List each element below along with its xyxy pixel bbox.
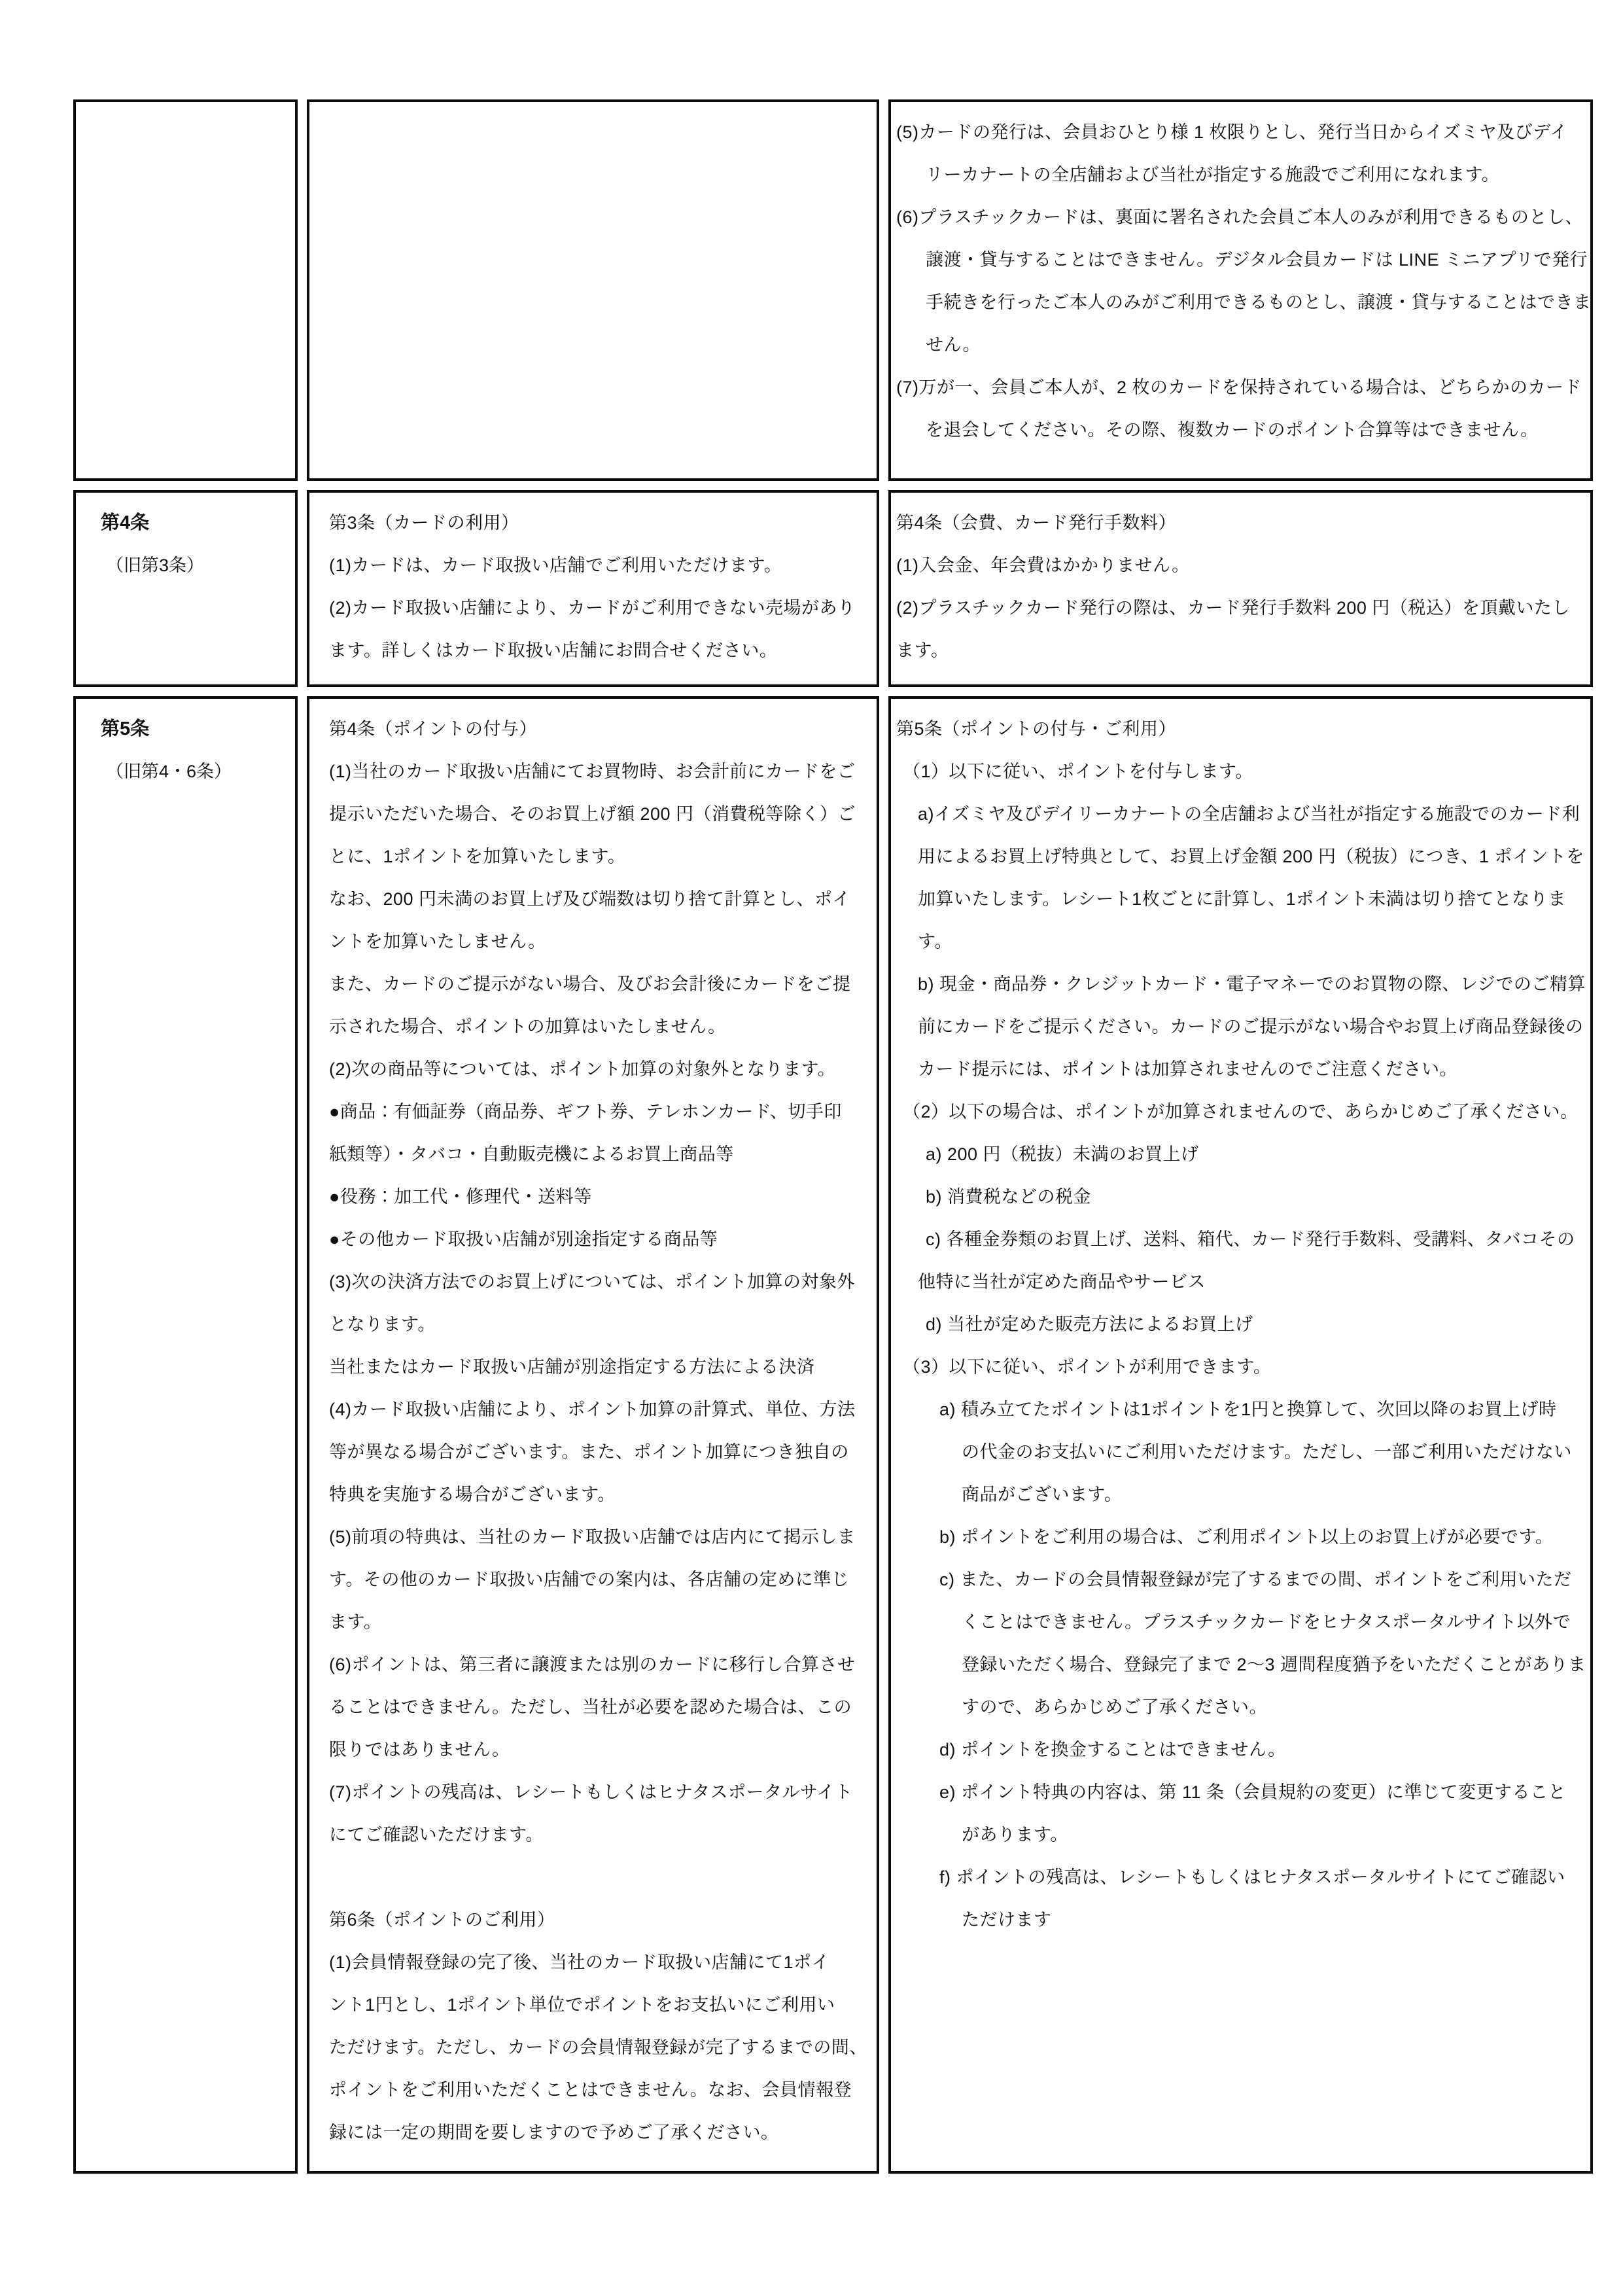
text-line: d) ポイントを換金することはできません。 bbox=[896, 1729, 1584, 1771]
text-line: （3）以下に従い、ポイントが利用できます。 bbox=[896, 1346, 1584, 1388]
text-line: (6)ポイントは、第三者に譲渡または別のカードに移行し合算させ bbox=[329, 1644, 867, 1686]
cell-row2-new-text: 第4条（会費、カード発行手数料）(1)入会金、年会費はかかりません。(2)プラス… bbox=[888, 490, 1593, 687]
text-line: d) 当社が定めた販売方法によるお買上げ bbox=[896, 1303, 1584, 1346]
text-line: 録には一定の期間を要しますので予めご了承ください。 bbox=[329, 2111, 867, 2154]
text-line: a) 積み立てたポイントは1ポイントを1円と換算して、次回以降のお買上げ時 bbox=[896, 1388, 1584, 1431]
text-line: 第6条（ポイントのご利用） bbox=[329, 1899, 867, 1941]
article-number bbox=[101, 111, 291, 154]
text-line: c) 各種金券類のお買上げ、送料、箱代、カード発行手数料、受講料、タバコその bbox=[896, 1218, 1584, 1261]
text-line: となります。 bbox=[329, 1303, 867, 1346]
article-number: 第4条 bbox=[101, 502, 291, 544]
text-line: 第4条（会費、カード発行手数料） bbox=[896, 502, 1584, 544]
text-line: 特典を実施する場合がございます。 bbox=[329, 1474, 867, 1516]
text-line: 当社またはカード取扱い店舗が別途指定する方法による決済 bbox=[329, 1346, 867, 1388]
cell-row3-article-label: 第5条 （旧第4・6条） bbox=[73, 696, 298, 2174]
text-line: (3)次の決済方法でのお買上げについては、ポイント加算の対象外 bbox=[329, 1261, 867, 1303]
text-line: ることはできません。ただし、当社が必要を認めた場合は、この bbox=[329, 1686, 867, 1729]
cell-row2-old-text: 第3条（カードの利用）(1)カードは、カード取扱い店舗でご利用いただけます。(2… bbox=[307, 490, 879, 687]
text-line: a)イズミヤ及びデイリーカナートの全店舗および当社が指定する施設でのカード利 bbox=[896, 793, 1584, 836]
document-page: (5)カードの発行は、会員おひとり様 1 枚限りとし、発行当日からイズミヤ及びデ… bbox=[0, 0, 1623, 2296]
text-line: （2）以下の場合は、ポイントが加算されませんので、あらかじめご了承ください。 bbox=[896, 1091, 1584, 1133]
text-line: (5)前項の特典は、当社のカード取扱い店舗では店内にて掲示しま bbox=[329, 1516, 867, 1559]
text-line: (6)プラスチックカードは、裏面に署名された会員ご本人のみが利用できるものとし、 bbox=[896, 196, 1584, 239]
article-number: 第5条 bbox=[101, 708, 291, 751]
text-line: (7)ポイントの残高は、レシートもしくはヒナタスポータルサイト bbox=[329, 1771, 867, 1814]
text-line: 商品がございます。 bbox=[896, 1474, 1584, 1516]
text-line: (2)カード取扱い店舗により、カードがご利用できない売場があり bbox=[329, 587, 867, 629]
text-line: す。 bbox=[896, 921, 1584, 963]
text-line: 第4条（ポイントの付与） bbox=[329, 708, 867, 751]
text-line: b) 消費税などの税金 bbox=[896, 1176, 1584, 1218]
text-line: (1)会員情報登録の完了後、当社のカード取扱い店舗にて1ポイ bbox=[329, 1941, 867, 1984]
text-line: 用によるお買上げ特典として、お買上げ金額 200 円（税抜）につき、1 ポイント… bbox=[896, 836, 1584, 878]
text-line: ントを加算いたしません。 bbox=[329, 921, 867, 963]
text-line: とに、1ポイントを加算いたします。 bbox=[329, 836, 867, 878]
text-line: a) 200 円（税抜）未満のお買上げ bbox=[896, 1133, 1584, 1176]
text-line: 提示いただいた場合、そのお買上げ額 200 円（消費税等除く）ご bbox=[329, 793, 867, 836]
text-line: すので、あらかじめご了承ください。 bbox=[896, 1686, 1584, 1729]
text-line: （1）以下に従い、ポイントを付与します。 bbox=[896, 751, 1584, 793]
text-line: 示された場合、ポイントの加算はいたしません。 bbox=[329, 1006, 867, 1048]
text-line: (2)次の商品等については、ポイント加算の対象外となります。 bbox=[329, 1048, 867, 1091]
text-line: 第3条（カードの利用） bbox=[329, 502, 867, 544]
text-line: ます。詳しくはカード取扱い店舗にお問合せください。 bbox=[329, 629, 867, 672]
text-line: 限りではありません。 bbox=[329, 1729, 867, 1771]
text-line: なお、200 円未満のお買上げ及び端数は切り捨て計算とし、ポイ bbox=[329, 878, 867, 921]
text-line: カード提示には、ポイントは加算されませんのでご注意ください。 bbox=[896, 1048, 1584, 1091]
text-line: 手続きを行ったご本人のみがご利用できるものとし、譲渡・貸与することはできま bbox=[896, 281, 1584, 324]
text-line: b) ポイントをご利用の場合は、ご利用ポイント以上のお買上げが必要です。 bbox=[896, 1516, 1584, 1559]
text-line: (5)カードの発行は、会員おひとり様 1 枚限りとし、発行当日からイズミヤ及びデ… bbox=[896, 111, 1584, 154]
text-line: の代金のお支払いにご利用いただけます。ただし、一部ご利用いただけない bbox=[896, 1431, 1584, 1474]
text-line: ただけます bbox=[896, 1899, 1584, 1941]
text-line: す。その他のカード取扱い店舗での案内は、各店舗の定めに準じ bbox=[329, 1559, 867, 1601]
cell-row3-old-text: 第4条（ポイントの付与）(1)当社のカード取扱い店舗にてお買物時、お会計前にカー… bbox=[307, 696, 879, 2174]
cell-row3-new-text: 第5条（ポイントの付与・ご利用）（1）以下に従い、ポイントを付与します。a)イズ… bbox=[888, 696, 1593, 2174]
text-line bbox=[329, 1856, 867, 1899]
old-article-number bbox=[101, 154, 291, 196]
cell-row1-old-text bbox=[307, 99, 879, 481]
cell-row1-new-text: (5)カードの発行は、会員おひとり様 1 枚限りとし、発行当日からイズミヤ及びデ… bbox=[888, 99, 1593, 481]
text-line: (2)プラスチックカード発行の際は、カード発行手数料 200 円（税込）を頂戴い… bbox=[896, 587, 1584, 629]
old-article-number: （旧第4・6条） bbox=[101, 751, 291, 793]
text-line: f) ポイントの残高は、レシートもしくはヒナタスポータルサイトにてご確認い bbox=[896, 1856, 1584, 1899]
text-line: 紙類等）・タバコ・自動販売機によるお買上商品等 bbox=[329, 1133, 867, 1176]
text-line: ●その他カード取扱い店舗が別途指定する商品等 bbox=[329, 1218, 867, 1261]
text-line: c) また、カードの会員情報登録が完了するまでの間、ポイントをご利用いただ bbox=[896, 1559, 1584, 1601]
text-line: ます。 bbox=[896, 629, 1584, 672]
text-line: e) ポイント特典の内容は、第 11 条（会員規約の変更）に準じて変更すること bbox=[896, 1771, 1584, 1814]
text-line: (1)カードは、カード取扱い店舗でご利用いただけます。 bbox=[329, 544, 867, 587]
text-line: ポイントをご利用いただくことはできません。なお、会員情報登 bbox=[329, 2069, 867, 2111]
text-line: を退会してください。その際、複数カードのポイント合算等はできません。 bbox=[896, 409, 1584, 451]
text-line: があります。 bbox=[896, 1814, 1584, 1856]
text-line: にてご確認いただけます。 bbox=[329, 1814, 867, 1856]
text-line: 他特に当社が定めた商品やサービス bbox=[896, 1261, 1584, 1303]
text-line: ●役務：加工代・修理代・送料等 bbox=[329, 1176, 867, 1218]
text-line: くことはできません。プラスチックカードをヒナタスポータルサイト以外で bbox=[896, 1601, 1584, 1644]
text-line: ただけます。ただし、カードの会員情報登録が完了するまでの間、 bbox=[329, 2026, 867, 2069]
old-article-number: （旧第3条） bbox=[101, 544, 291, 587]
text-line: (4)カード取扱い店舗により、ポイント加算の計算式、単位、方法 bbox=[329, 1388, 867, 1431]
text-line: 前にカードをご提示ください。カードのご提示がない場合やお買上げ商品登録後の bbox=[896, 1006, 1584, 1048]
text-line: ます。 bbox=[329, 1601, 867, 1644]
terms-comparison-table: (5)カードの発行は、会員おひとり様 1 枚限りとし、発行当日からイズミヤ及びデ… bbox=[73, 99, 1593, 2174]
text-line: (1)当社のカード取扱い店舗にてお買物時、お会計前にカードをご bbox=[329, 751, 867, 793]
text-line: ●商品：有価証券（商品券、ギフト券、テレホンカード、切手印 bbox=[329, 1091, 867, 1133]
text-line: (1)入会金、年会費はかかりません。 bbox=[896, 544, 1584, 587]
text-line: b) 現金・商品券・クレジットカード・電子マネーでのお買物の際、レジでのご精算 bbox=[896, 963, 1584, 1006]
text-line: せん。 bbox=[896, 324, 1584, 366]
text-line: (7)万が一、会員ご本人が、2 枚のカードを保持されている場合は、どちらかのカー… bbox=[896, 366, 1584, 409]
text-line: 譲渡・貸与することはできません。デジタル会員カードは LINE ミニアプリで発行 bbox=[896, 239, 1584, 281]
cell-row1-article-label bbox=[73, 99, 298, 481]
text-line: リーカナートの全店舗および当社が指定する施設でご利用になれます。 bbox=[896, 154, 1584, 196]
text-line: 第5条（ポイントの付与・ご利用） bbox=[896, 708, 1584, 751]
text-line: 加算いたします。レシート1枚ごとに計算し、1ポイント未満は切り捨てとなりま bbox=[896, 878, 1584, 921]
text-line: また、カードのご提示がない場合、及びお会計後にカードをご提 bbox=[329, 963, 867, 1006]
text-line: 等が異なる場合がございます。また、ポイント加算につき独自の bbox=[329, 1431, 867, 1474]
text-line: ント1円とし、1ポイント単位でポイントをお支払いにご利用い bbox=[329, 1984, 867, 2026]
cell-row2-article-label: 第4条 （旧第3条） bbox=[73, 490, 298, 687]
text-line: 登録いただく場合、登録完了まで 2～3 週間程度猶予をいただくことがありま bbox=[896, 1644, 1584, 1686]
